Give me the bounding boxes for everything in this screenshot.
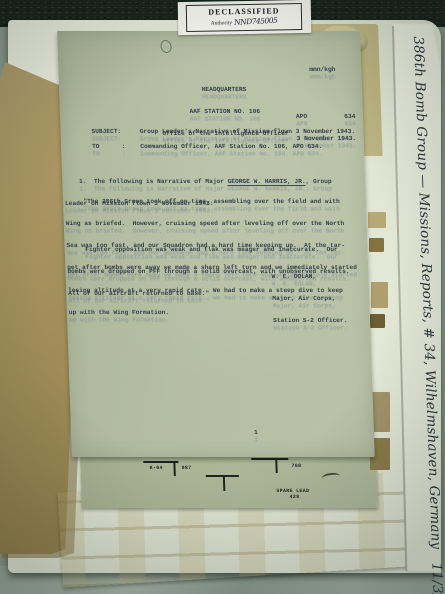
mission-narrative-page: mmn/kgh HEADQUARTERS AAF STATION NO. 106…	[57, 31, 375, 457]
authority-label: Authority	[211, 20, 232, 26]
index-tab	[369, 238, 384, 252]
letterhead-line-1: HEADQUARTERS	[74, 86, 374, 93]
signature-rank: Major, Air Corps,	[272, 295, 347, 302]
declassified-stamp: DECLASSIFIED Authority NND745005	[186, 3, 302, 32]
aircraft-code-label: K-64	[149, 465, 162, 471]
authority-number: NND745005	[234, 16, 278, 27]
aircraft-symbol-2-drop	[275, 458, 278, 473]
index-tab	[371, 282, 388, 308]
spare-lead-number: 429	[289, 494, 299, 500]
aircraft-symbol-3-drop	[223, 475, 226, 491]
signature-block: W. E. DOLAN, Major, Air Corps, Station S…	[271, 258, 348, 339]
archive-photo: K-64 987 768 SPARE LEAD 429 mmn/kgh HEAD…	[0, 0, 445, 594]
declassified-authority: Authority NND745005	[187, 16, 301, 27]
index-tab	[372, 392, 390, 432]
signature-name: W. E. DOLAN,	[271, 273, 346, 280]
index-tab	[370, 314, 385, 328]
typed-line: "The 386th Group took off on time, assem…	[65, 198, 355, 205]
formation-diagram-page: K-64 987 768 SPARE LEAD 429	[80, 452, 378, 508]
date-line: 3 November 1943.	[297, 135, 357, 142]
to-line: TO : Commanding Officer, AAF Station No.…	[92, 143, 322, 150]
aircraft-symbol-1-drop	[173, 461, 176, 476]
aircraft-symbol-2	[251, 458, 288, 460]
typed-line: Fighter opposition was weak and flak was…	[67, 246, 349, 253]
page-number: 1	[254, 429, 258, 436]
subject-line: SUBJECT: Group Leader's Narrative of Mis…	[91, 128, 355, 135]
aircraft-number-2: 768	[291, 463, 301, 469]
aircraft-number-1: 987	[181, 465, 191, 471]
staple-hole	[159, 39, 173, 54]
typed-line: Wing as briefed. However, cruising speed…	[66, 220, 356, 227]
pen-squiggle	[321, 472, 340, 482]
apo-line: APO 634	[296, 113, 356, 120]
declassified-slip: DECLASSIFIED Authority NND745005	[178, 0, 312, 35]
signature-title: Station S-2 Officer.	[273, 317, 348, 324]
index-tab	[368, 212, 386, 228]
